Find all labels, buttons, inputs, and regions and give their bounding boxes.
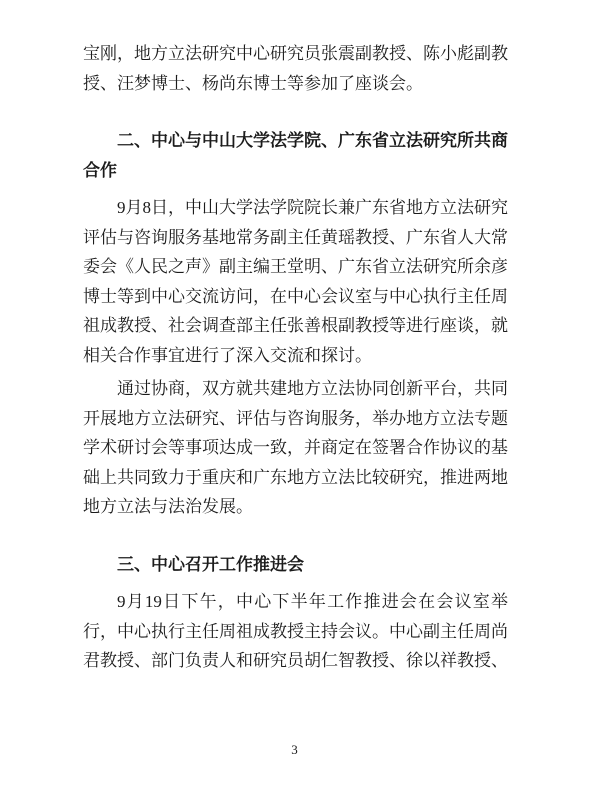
document-page: 宝刚，地方立法研究中心研究员张震副教授、陈小彪副教授、汪梦博士、杨尚东博士等参加…	[0, 0, 589, 804]
paragraph-continuation: 宝刚，地方立法研究中心研究员张震副教授、陈小彪副教授、汪梦博士、杨尚东博士等参加…	[83, 39, 508, 98]
paragraph-work-meeting: 9月19日下午，中心下半年工作推进会在会议室举行，中心执行主任周祖成教授主持会议…	[83, 587, 508, 676]
section-heading-2: 二、中心与中山大学法学院、广东省立法研究所共商合作	[83, 126, 508, 185]
section-heading-3: 三、中心召开工作推进会	[83, 550, 508, 580]
paragraph-sun-yat-sen-visit: 9月8日，中山大学法学院院长兼广东省地方立法研究评估与咨询服务基地常务副主任黄瑶…	[83, 193, 508, 370]
page-number: 3	[0, 741, 589, 759]
paragraph-cooperation-agreement: 通过协商，双方就共建地方立法协同创新平台，共同开展地方立法研究、评估与咨询服务，…	[83, 374, 508, 522]
page-content: 宝刚，地方立法研究中心研究员张震副教授、陈小彪副教授、汪梦博士、杨尚东博士等参加…	[83, 39, 508, 676]
